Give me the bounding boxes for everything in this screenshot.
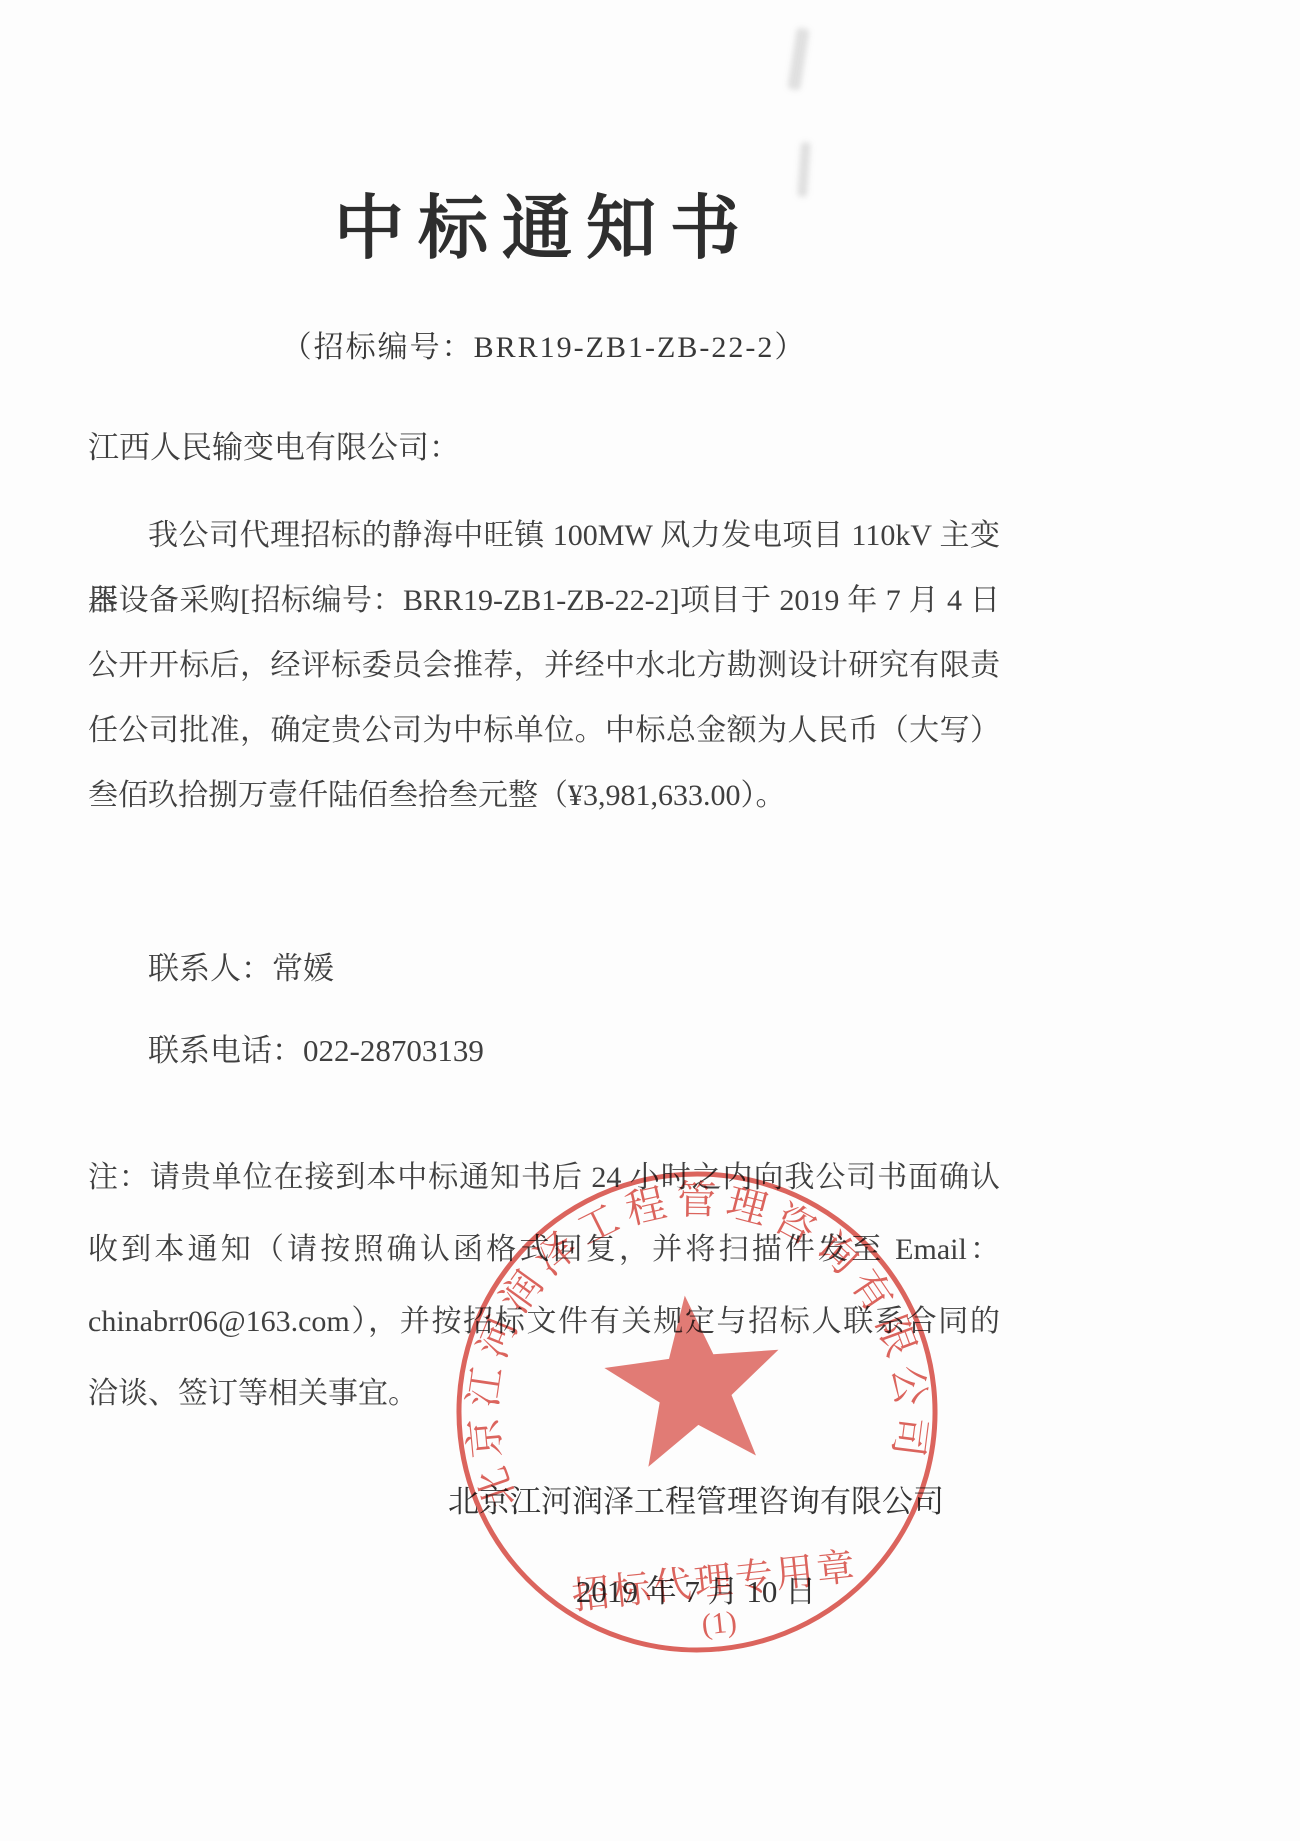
- addressee-line: 江西人民输变电有限公司：: [88, 422, 1000, 467]
- stamp-star-icon: [598, 1286, 789, 1470]
- tender-number-subtitle: （招标编号：BRR19-ZB1-ZB-22-2）: [88, 322, 1000, 366]
- document-title: 中标通知书: [88, 172, 1000, 273]
- company-seal-stamp: 北京江河润泽工程管理咨询有限公司 招标代理专用章 (1): [422, 1137, 972, 1687]
- body-line: 叁佰玖拾捌万壹仟陆佰叁拾叁元整（¥3,981,633.00）。: [88, 763, 1000, 828]
- body-line: 公开开标后，经评标委员会推荐，并经中水北方勘测设计研究有限责: [88, 633, 1000, 698]
- scanned-document-page: 中标通知书 （招标编号：BRR19-ZB1-ZB-22-2） 江西人民输变电有限…: [0, 0, 1300, 1841]
- scan-artifact: [787, 27, 810, 90]
- body-line: 任公司批准，确定贵公司为中标单位。中标总金额为人民币（大写）: [88, 698, 1000, 763]
- contact-phone-line: 联系电话：022-28703139: [88, 1025, 1000, 1070]
- body-paragraph: 我公司代理招标的静海中旺镇 100MW 风力发电项目 110kV 主变压 器设备…: [88, 503, 1000, 828]
- body-line: 器设备采购[招标编号：BRR19-ZB1-ZB-22-2]项目于 2019 年 …: [88, 568, 1000, 633]
- stamp-number: (1): [700, 1605, 738, 1641]
- body-line: 我公司代理招标的静海中旺镇 100MW 风力发电项目 110kV 主变压: [88, 503, 1000, 568]
- contact-person-line: 联系人：常媛: [88, 943, 1000, 988]
